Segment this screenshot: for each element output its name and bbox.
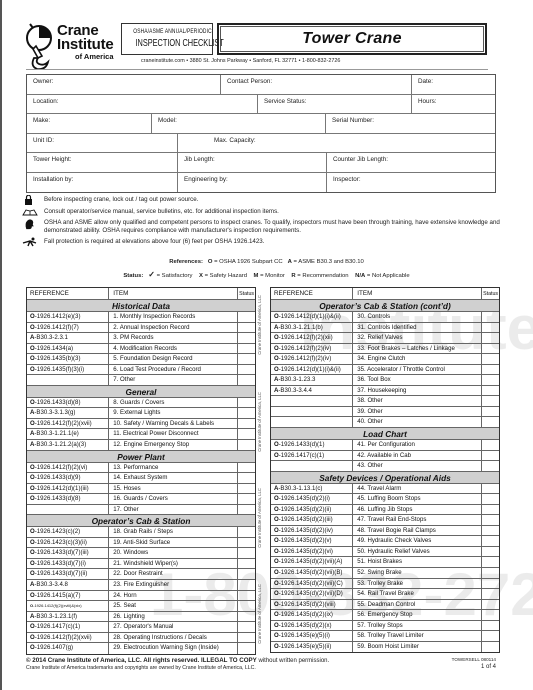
item-cell: 27. Operator's Manual: [109, 622, 238, 632]
reference-code: -1926.1412(d)(1)(i)&(ii): [279, 313, 341, 320]
inspector-field[interactable]: Inspector:: [327, 173, 495, 193]
status-cell[interactable]: [238, 323, 255, 333]
status-r-text: = Recommendation: [296, 273, 349, 279]
status-cell[interactable]: [238, 398, 255, 408]
item-cell: 3. PM Records: [109, 333, 238, 343]
reference-code: -1926.1435(d)(2)(iv): [279, 527, 333, 534]
reference-code: -1926.1407(g): [35, 644, 73, 651]
status-cell[interactable]: [238, 333, 255, 343]
table-row: A-B30.3-1.21.1(e)11. Electrical Power Di…: [27, 429, 255, 440]
reference-cell: O-1926.1412(d)(1)(i)&(ii): [271, 365, 353, 375]
table-row: O-1926.1435(d)(2)(x)57. Trolley Stops: [271, 621, 499, 632]
reference-cell: O-1926.1423(c)(2): [27, 527, 109, 537]
reference-cell: O-1926.1435(d)(2)(iv): [271, 526, 353, 536]
table-row: O-1926.1435(d)(2)(vi)50. Hydraulic Relie…: [271, 547, 499, 558]
status-cell[interactable]: [238, 494, 255, 504]
status-cell[interactable]: [238, 580, 255, 590]
references-a-text: = ASME B30.3 and B30.10: [292, 259, 364, 265]
status-cell[interactable]: [238, 548, 255, 558]
table-row: O-1926.1412(f)(2)(xviii)&(xix)25. Seat: [27, 601, 255, 612]
status-m-text: = Monitor: [258, 273, 284, 279]
service-status-field[interactable]: Service Status:: [258, 95, 412, 114]
reference-cell: A-B30.3-1.21.1(e): [27, 429, 109, 439]
reference-cell: A-B30.3-1.13.1(c): [271, 484, 353, 494]
side-watermark: Crane Institute of America, LLC: [257, 584, 265, 644]
item-cell: 57. Trolley Stops: [353, 621, 482, 631]
item-cell: 20. Windows: [109, 548, 238, 558]
table-row: O-1926.1433(d)(7)(ii)22. Door Restraint: [27, 569, 255, 580]
status-cell[interactable]: [482, 526, 499, 536]
item-cell: 53. Trolley Brake: [353, 579, 482, 589]
reference-cell: O-1926.1433(d)(7)(iii): [27, 548, 109, 558]
table-row: O-1926.1435(d)(2)(ii)46. Luffing Jib Sto…: [271, 505, 499, 516]
status-cell[interactable]: [482, 642, 499, 653]
status-cell[interactable]: [238, 601, 255, 611]
item-cell: 30. Controls: [353, 312, 482, 322]
table-row: A-B30.3-2.3.13. PM Records: [27, 333, 255, 344]
status-cell[interactable]: [482, 386, 499, 396]
status-cell[interactable]: [238, 591, 255, 601]
references-legend: References: O = OSHA 1926 Subpart CC A =…: [0, 259, 533, 265]
note-fall-protection: Fall protection is required at elevation…: [22, 238, 502, 246]
status-cell[interactable]: [482, 451, 499, 461]
status-cell[interactable]: [482, 344, 499, 354]
status-cell[interactable]: [238, 633, 255, 643]
item-cell: 55. Deadman Control: [353, 600, 482, 610]
status-cell[interactable]: [238, 429, 255, 439]
status-cell[interactable]: [238, 559, 255, 569]
item-cell: 58. Trolley Travel Limiter: [353, 631, 482, 641]
table-row: O-1926.1433(d)(9)14. Exhaust System: [27, 473, 255, 484]
item-cell: 47. Travel Rail End-Stops: [353, 515, 482, 525]
item-cell: 35. Accelerator / Throttle Control: [353, 365, 482, 375]
status-na-text: = Not Applicable: [365, 273, 409, 279]
company-address: craneinstitute.com • 3880 St. Johns Park…: [141, 58, 340, 64]
table-row: A-B30.3-1.23.336. Tool Box: [271, 375, 499, 386]
status-cell[interactable]: [482, 440, 499, 450]
item-cell: 50. Hydraulic Relief Valves: [353, 547, 482, 557]
reference-code: -1926.1435(d)(2)(ix): [279, 611, 333, 618]
section-header: Operator’s Cab & Station (cont’d): [271, 300, 499, 312]
note-qualified: OSHA and ASME allow only qualified and c…: [22, 219, 502, 234]
reference-cell: A-B30.3-1.21.2(a)(3): [27, 440, 109, 450]
item-cell: 39. Other: [353, 407, 482, 417]
reference-code: -1926.1423(c)(3)(ii): [35, 539, 87, 546]
info-row: Tower Height: Jib Length: Counter Jib Le…: [27, 153, 495, 173]
reference-code: -1926.1435(f)(3)(i): [35, 366, 84, 373]
reference-code: -1926.1435(d)(2)(vii)(B): [279, 569, 343, 576]
reference-cell: O-1926.1417(c)(1): [271, 451, 353, 461]
crane-hook-logo-icon: [24, 22, 58, 72]
item-cell: 38. Other: [353, 396, 482, 406]
table-row: 43. Other: [271, 461, 499, 472]
note-text: OSHA and ASME allow only qualified and c…: [44, 219, 500, 234]
logo-wordmark: Crane Institute of America: [57, 23, 114, 61]
reference-cell: A-B30.3-1.23.3: [271, 375, 353, 385]
item-cell: 42. Available in Cab: [353, 451, 482, 461]
reference-cell: A-B30.3-1.21.1(b): [271, 323, 353, 333]
reference-cell: O-1926.1435(d)(2)(ii): [271, 505, 353, 515]
engineering-by-field[interactable]: Engineering by:: [178, 173, 327, 193]
table-row: O-1926.1435(d)(2)(vii)(B)52. Swing Brake: [271, 568, 499, 579]
table-row: A-B30.3-3.1.3(g)9. External Lights: [27, 408, 255, 419]
reference-code: -B30.3-3.1.3(g): [34, 409, 75, 416]
table-row: O-1926.1434(a)4. Modification Records: [27, 344, 255, 355]
reference-code: -B30.3-1.23.1(f): [34, 613, 77, 620]
hours-field[interactable]: Hours:: [412, 95, 495, 114]
reference-cell: [27, 505, 109, 515]
item-cell: 9. External Lights: [109, 408, 238, 418]
column-header-status: Status: [482, 288, 499, 299]
reference-code: -1926.1434(a): [35, 345, 73, 352]
table-row: O-1926.1412(d)(1)(iii)15. Hoses: [27, 484, 255, 495]
item-cell: 22. Door Restraint: [109, 569, 238, 579]
reference-cell: O-1926.1412(d)(1)(i)&(ii): [271, 312, 353, 322]
item-cell: 8. Guards / Covers: [109, 398, 238, 408]
item-cell: 12. Engine Emergency Stop: [109, 440, 238, 450]
reference-cell: O-1926.1435(d)(2)(iii): [271, 515, 353, 525]
status-cell[interactable]: [482, 589, 499, 599]
info-row: Location: Service Status: Hours:: [27, 95, 495, 115]
date-field[interactable]: Date:: [412, 75, 495, 94]
status-cell[interactable]: [482, 365, 499, 375]
contact-person-field[interactable]: Contact Person:: [221, 75, 412, 94]
status-cell[interactable]: [482, 494, 499, 504]
reference-code: -B30.3-1.21.2(a)(3): [34, 441, 86, 448]
reference-code: -B30.3-3.4.4: [278, 387, 312, 394]
reference-code: -1926.1412(f)(2)(iv): [279, 345, 332, 352]
table-row: O-1926.1435(d)(2)(v)49. Hydraulic Check …: [271, 536, 499, 547]
status-cell[interactable]: [238, 463, 255, 473]
reference-cell: A-B30.3-3.4.8: [27, 580, 109, 590]
table-row: O-1926.1435(b)(3)5. Foundation Design Re…: [27, 354, 255, 365]
item-cell: 54. Rail Travel Brake: [353, 589, 482, 599]
reference-cell: A-B30.3-2.3.1: [27, 333, 109, 343]
status-cell[interactable]: [482, 375, 499, 385]
table-row: O-1926.1435(d)(2)(vii)(A)51. Hoist Brake…: [271, 557, 499, 568]
book-icon: [22, 207, 38, 217]
reference-cell: O-1926.1433(d)(8): [27, 398, 109, 408]
table-row: O-1926.1435(d)(2)(i)45. Luffing Boom Sto…: [271, 494, 499, 505]
status-cell[interactable]: [238, 505, 255, 515]
jib-length-field[interactable]: Jib Length:: [178, 153, 327, 172]
status-cell[interactable]: [482, 621, 499, 631]
item-cell: 5. Foundation Design Record: [109, 354, 238, 364]
reference-code: -1926.1435(d)(2)(vii)(D): [279, 590, 343, 597]
table-row: O-1926.1435(d)(2)(vii)(D)54. Rail Travel…: [271, 589, 499, 600]
status-cell[interactable]: [482, 417, 499, 427]
reference-cell: O-1926.1435(e)(5)(i): [271, 631, 353, 641]
item-cell: 40. Other: [353, 417, 482, 427]
section-header: Load Chart: [271, 428, 499, 440]
installation-by-field[interactable]: Installation by:: [27, 173, 178, 193]
reference-code: -1926.1435(d)(2)(iii): [279, 516, 333, 523]
status-cell[interactable]: [238, 643, 255, 654]
section-header: General: [27, 386, 255, 398]
reference-code: -1926.1433(d)(7)(i): [35, 560, 86, 567]
copyright-rest: without written permission.: [257, 658, 329, 664]
document-title-box: Tower Crane: [217, 23, 487, 55]
status-legend-label: Status:: [123, 273, 143, 279]
checklist-table-left: REFERENCE ITEM Status Historical DataO-1…: [26, 287, 256, 655]
item-cell: 29. Electrocution Warning Sign (Inside): [109, 643, 238, 654]
section-header: Historical Data: [27, 300, 255, 312]
reference-cell: O-1926.1435(b)(3): [27, 354, 109, 364]
reference-cell: O-1926.1435(d)(2)(vii)(A): [271, 557, 353, 567]
table-row: A-B30.3-1.21.1(b)31. Controls Identified: [271, 323, 499, 334]
table-row: O-1926.1435(e)(5)(ii)59. Boom Hoist Limi…: [271, 642, 499, 653]
status-cell[interactable]: [238, 365, 255, 375]
reference-cell: O-1926.1435(d)(2)(x): [271, 621, 353, 631]
status-cell[interactable]: [482, 505, 499, 515]
logo-line3: of America: [57, 53, 114, 61]
status-cell[interactable]: [482, 515, 499, 525]
section-header: Operator’s Cab & Station: [27, 515, 255, 527]
table-row: O-1926.1415(a)(7)24. Horn: [27, 591, 255, 602]
status-cell[interactable]: [482, 547, 499, 557]
reference-code: -1926.1433(d)(8): [35, 399, 81, 406]
equipment-info-form: Owner: Contact Person: Date: Location: S…: [26, 74, 496, 193]
table-row: O-1926.1435(d)(2)(ix)56. Emergency Stop: [271, 610, 499, 621]
status-cell[interactable]: [238, 612, 255, 622]
location-field[interactable]: Location:: [27, 95, 258, 114]
status-cell[interactable]: [482, 354, 499, 364]
lock-icon: [22, 195, 38, 205]
reference-code: -1926.1412(d)(1)(i)&(ii): [279, 366, 341, 373]
checklist-type-line2: INSPECTION CHECKLIST: [136, 37, 199, 49]
owner-field[interactable]: Owner:: [27, 75, 221, 94]
reference-cell: O-1926.1415(a)(7): [27, 591, 109, 601]
status-cell[interactable]: [238, 375, 255, 385]
table-row: 39. Other: [271, 407, 499, 418]
item-cell: 2. Annual Inspection Record: [109, 323, 238, 333]
status-cell[interactable]: [238, 440, 255, 450]
reference-cell: O-1926.1435(e)(5)(ii): [271, 642, 353, 653]
table-row: O-1926.1412(e)(3)1. Monthly Inspection R…: [27, 312, 255, 323]
reference-cell: O-1926.1435(d)(2)(viii): [271, 600, 353, 610]
table-row: O-1926.1423(c)(3)(ii)19. Anti-Skid Surfa…: [27, 538, 255, 549]
table-row: 38. Other: [271, 396, 499, 407]
reference-cell: O-1926.1412(e)(3): [27, 312, 109, 322]
status-cell[interactable]: [482, 610, 499, 620]
table-row: O-1926.1435(d)(2)(vii)(C)53. Trolley Bra…: [271, 579, 499, 590]
status-na-key: N/A: [355, 273, 365, 279]
table-row: O-1926.1435(d)(2)(iv)48. Travel Bogie Ra…: [271, 526, 499, 537]
status-cell[interactable]: [482, 536, 499, 546]
item-cell: 26. Lighting: [109, 612, 238, 622]
item-cell: 44. Travel Alarm: [353, 484, 482, 494]
item-cell: 21. Windshield Wiper(s): [109, 559, 238, 569]
reference-cell: [271, 407, 353, 417]
status-cell[interactable]: [482, 568, 499, 578]
item-cell: 1. Monthly Inspection Records: [109, 312, 238, 322]
references-label: References:: [169, 259, 203, 265]
reference-code: -1926.1415(a)(7): [35, 592, 81, 599]
status-cell[interactable]: [482, 579, 499, 589]
table-row: O-1926.1412(d)(1)(i)&(ii)35. Accelerator…: [271, 365, 499, 376]
table-row: O-1926.1412(f)(7)2. Annual Inspection Re…: [27, 323, 255, 334]
column-header-reference: REFERENCE: [27, 288, 109, 299]
reference-code: -B30.3-1.21.1(e): [34, 430, 78, 437]
reference-code: -1926.1435(b)(3): [35, 355, 81, 362]
status-cell[interactable]: [238, 538, 255, 548]
reference-code: -1926.1435(d)(2)(vi): [279, 548, 333, 555]
item-cell: 19. Anti-Skid Surface: [109, 538, 238, 548]
reference-cell: [271, 417, 353, 427]
reference-cell: O-1926.1412(f)(2)(iv): [271, 354, 353, 364]
reference-code: -1926.1435(d)(2)(x): [279, 622, 332, 629]
reference-code: -1926.1412(f)(2)(iv): [279, 355, 332, 362]
table-row: O-1926.1412(d)(1)(i)&(ii)30. Controls: [271, 312, 499, 323]
note-manual: Consult operator/service manual, service…: [22, 208, 502, 216]
item-cell: 28. Operating Instructions / Decals: [109, 633, 238, 643]
item-cell: 52. Swing Brake: [353, 568, 482, 578]
table-row: O-1926.1433(d)(1)41. Per Configuration: [271, 440, 499, 451]
checklist-type-line1: OSHA/ASME ANNUAL/PERIODIC: [133, 28, 201, 35]
item-cell: 13. Performance: [109, 463, 238, 473]
status-cell[interactable]: [238, 473, 255, 483]
status-cell[interactable]: [238, 408, 255, 418]
item-cell: 36. Tool Box: [353, 375, 482, 385]
max-capacity-field[interactable]: Max. Capacity:: [178, 134, 495, 153]
status-cell[interactable]: [238, 569, 255, 579]
reference-code: -B30.3-2.3.1: [34, 334, 68, 341]
footer: © 2014 Crane Institute of America, LLC. …: [26, 657, 496, 671]
reference-cell: O-1926.1433(d)(9): [27, 473, 109, 483]
item-cell: 18. Grab Rails / Steps: [109, 527, 238, 537]
reference-code: -1926.1433(d)(9): [35, 474, 81, 481]
page-edge: [0, 0, 2, 690]
info-row: Owner: Contact Person: Date:: [27, 75, 495, 95]
reference-cell: O-1926.1412(f)(2)(xvii): [27, 633, 109, 643]
status-cell[interactable]: [238, 354, 255, 364]
make-field[interactable]: Make:: [27, 114, 152, 133]
item-cell: 49. Hydraulic Check Valves: [353, 536, 482, 546]
item-cell: 4. Modification Records: [109, 344, 238, 354]
reference-cell: O-1926.1435(f)(3)(i): [27, 365, 109, 375]
reference-cell: O-1926.1435(d)(2)(i): [271, 494, 353, 504]
side-watermark: Crane Institute of America, LLC: [257, 488, 265, 548]
status-cell[interactable]: [238, 419, 255, 429]
side-watermark: Crane Institute of America, LLC: [257, 295, 265, 355]
reference-code: -1926.1412(f)(7): [35, 324, 79, 331]
status-cell[interactable]: [482, 323, 499, 333]
item-cell: 15. Hoses: [109, 484, 238, 494]
serial-number-field[interactable]: Serial Number:: [326, 114, 495, 133]
table-row: O-1926.1412(f)(2)(vi)13. Performance: [27, 463, 255, 474]
status-cell[interactable]: [238, 344, 255, 354]
tower-height-field[interactable]: Tower Height:: [27, 153, 178, 172]
status-x-text: = Safety Hazard: [203, 273, 247, 279]
reference-cell: O-1926.1433(d)(7)(ii): [27, 569, 109, 579]
reference-code: -1926.1412(f)(2)(vi): [35, 464, 88, 471]
status-cell[interactable]: [482, 396, 499, 406]
table-row: O-1926.1433(d)(7)(i)21. Windshield Wiper…: [27, 559, 255, 570]
trademark-notice: Crane Institute of America trademarks an…: [26, 665, 496, 671]
item-cell: 14. Exhaust System: [109, 473, 238, 483]
header-divider: [26, 69, 488, 70]
reference-cell: O-1926.1412(f)(2)(xii): [271, 333, 353, 343]
reference-code: -1926.1423(c)(2): [35, 528, 80, 535]
status-cell[interactable]: [238, 312, 255, 322]
status-cell[interactable]: [482, 461, 499, 471]
reference-code: -1926.1435(e)(5)(ii): [279, 643, 332, 650]
table-row: O-1926.1423(c)(2)18. Grab Rails / Steps: [27, 527, 255, 538]
item-cell: 7. Other: [109, 375, 238, 385]
reference-cell: O-1926.1435(d)(2)(vi): [271, 547, 353, 557]
reference-code: -1926.1412(f)(2)(xii): [279, 334, 333, 341]
status-cell[interactable]: [482, 407, 499, 417]
inspection-checklist-page: Institute 1-800-832-2726 Crane Institute…: [0, 0, 533, 690]
status-cell[interactable]: [238, 484, 255, 494]
status-cell[interactable]: [238, 527, 255, 537]
table-row: O-1926.1412(f)(2)(xvii)28. Operating Ins…: [27, 633, 255, 644]
reference-cell: O-1926.1417(c)(1): [27, 622, 109, 632]
status-cell[interactable]: [238, 622, 255, 632]
reference-code: -1926.1412(f)(2)(xviii)&(xix): [33, 603, 81, 608]
status-cell[interactable]: [482, 600, 499, 610]
reference-cell: O-1926.1435(d)(2)(v): [271, 536, 353, 546]
reference-code: -1926.1412(d)(1)(iii): [35, 485, 89, 492]
status-cell[interactable]: [482, 557, 499, 567]
table-row: 40. Other: [271, 417, 499, 428]
item-cell: 46. Luffing Jib Stops: [353, 505, 482, 515]
table-row: A-B30.3-1.23.1(f)26. Lighting: [27, 612, 255, 623]
reference-code: -1926.1435(e)(5)(i): [279, 632, 330, 639]
status-cell[interactable]: [482, 631, 499, 641]
table-row: O-1926.1433(d)(8)8. Guards / Covers: [27, 398, 255, 409]
section-header: Power Plant: [27, 451, 255, 463]
table-row: O-1926.1412(f)(2)(xvii)10. Safety / Warn…: [27, 419, 255, 430]
item-cell: 45. Luffing Boom Stops: [353, 494, 482, 504]
reference-cell: O-1926.1435(d)(2)(vii)(D): [271, 589, 353, 599]
table-row: O-1926.1435(e)(5)(i)58. Trolley Travel L…: [271, 631, 499, 642]
counter-jib-length-field[interactable]: Counter Jib Length:: [327, 153, 495, 172]
table-row: A-B30.3-3.4.823. Fire Extinguisher: [27, 580, 255, 591]
reference-cell: O-1926.1434(a): [27, 344, 109, 354]
side-watermark: Crane Institute of America, LLC: [257, 392, 265, 452]
item-cell: 43. Other: [353, 461, 482, 471]
reference-code: -1926.1435(d)(2)(v): [279, 537, 332, 544]
document-title: Tower Crane: [302, 30, 402, 47]
reference-cell: A-B30.3-3.4.4: [271, 386, 353, 396]
reference-cell: O-1926.1433(d)(1): [271, 440, 353, 450]
status-cell[interactable]: [482, 333, 499, 343]
reference-code: -B30.3-1.21.1(b): [278, 324, 322, 331]
item-cell: 32. Relief Valves: [353, 333, 482, 343]
table-header-row: REFERENCE ITEM Status: [27, 288, 255, 300]
reference-code: -1926.1435(d)(2)(viii): [279, 601, 336, 608]
reference-code: -B30.3-1.23.3: [278, 376, 315, 383]
model-field[interactable]: Model:: [152, 114, 326, 133]
item-cell: 17. Other: [109, 505, 238, 515]
reference-cell: A-B30.3-3.1.3(g): [27, 408, 109, 418]
note-lockout: Before inspecting crane, lock out / tag …: [22, 196, 502, 204]
item-cell: 23. Fire Extinguisher: [109, 580, 238, 590]
status-cell[interactable]: [482, 484, 499, 494]
status-satisfactory-text: = Satisfactory: [155, 273, 193, 279]
item-cell: 24. Horn: [109, 591, 238, 601]
reference-cell: O-1926.1435(d)(2)(vii)(B): [271, 568, 353, 578]
reference-cell: O-1926.1412(f)(2)(xvii): [27, 419, 109, 429]
table-row: 17. Other: [27, 505, 255, 516]
status-cell[interactable]: [482, 312, 499, 322]
reference-code: -1926.1417(c)(1): [35, 623, 80, 630]
table-row: O-1926.1417(c)(1)27. Operator's Manual: [27, 622, 255, 633]
head-icon: [22, 218, 38, 231]
item-cell: 41. Per Configuration: [353, 440, 482, 450]
unit-id-field[interactable]: Unit ID:: [27, 134, 178, 153]
